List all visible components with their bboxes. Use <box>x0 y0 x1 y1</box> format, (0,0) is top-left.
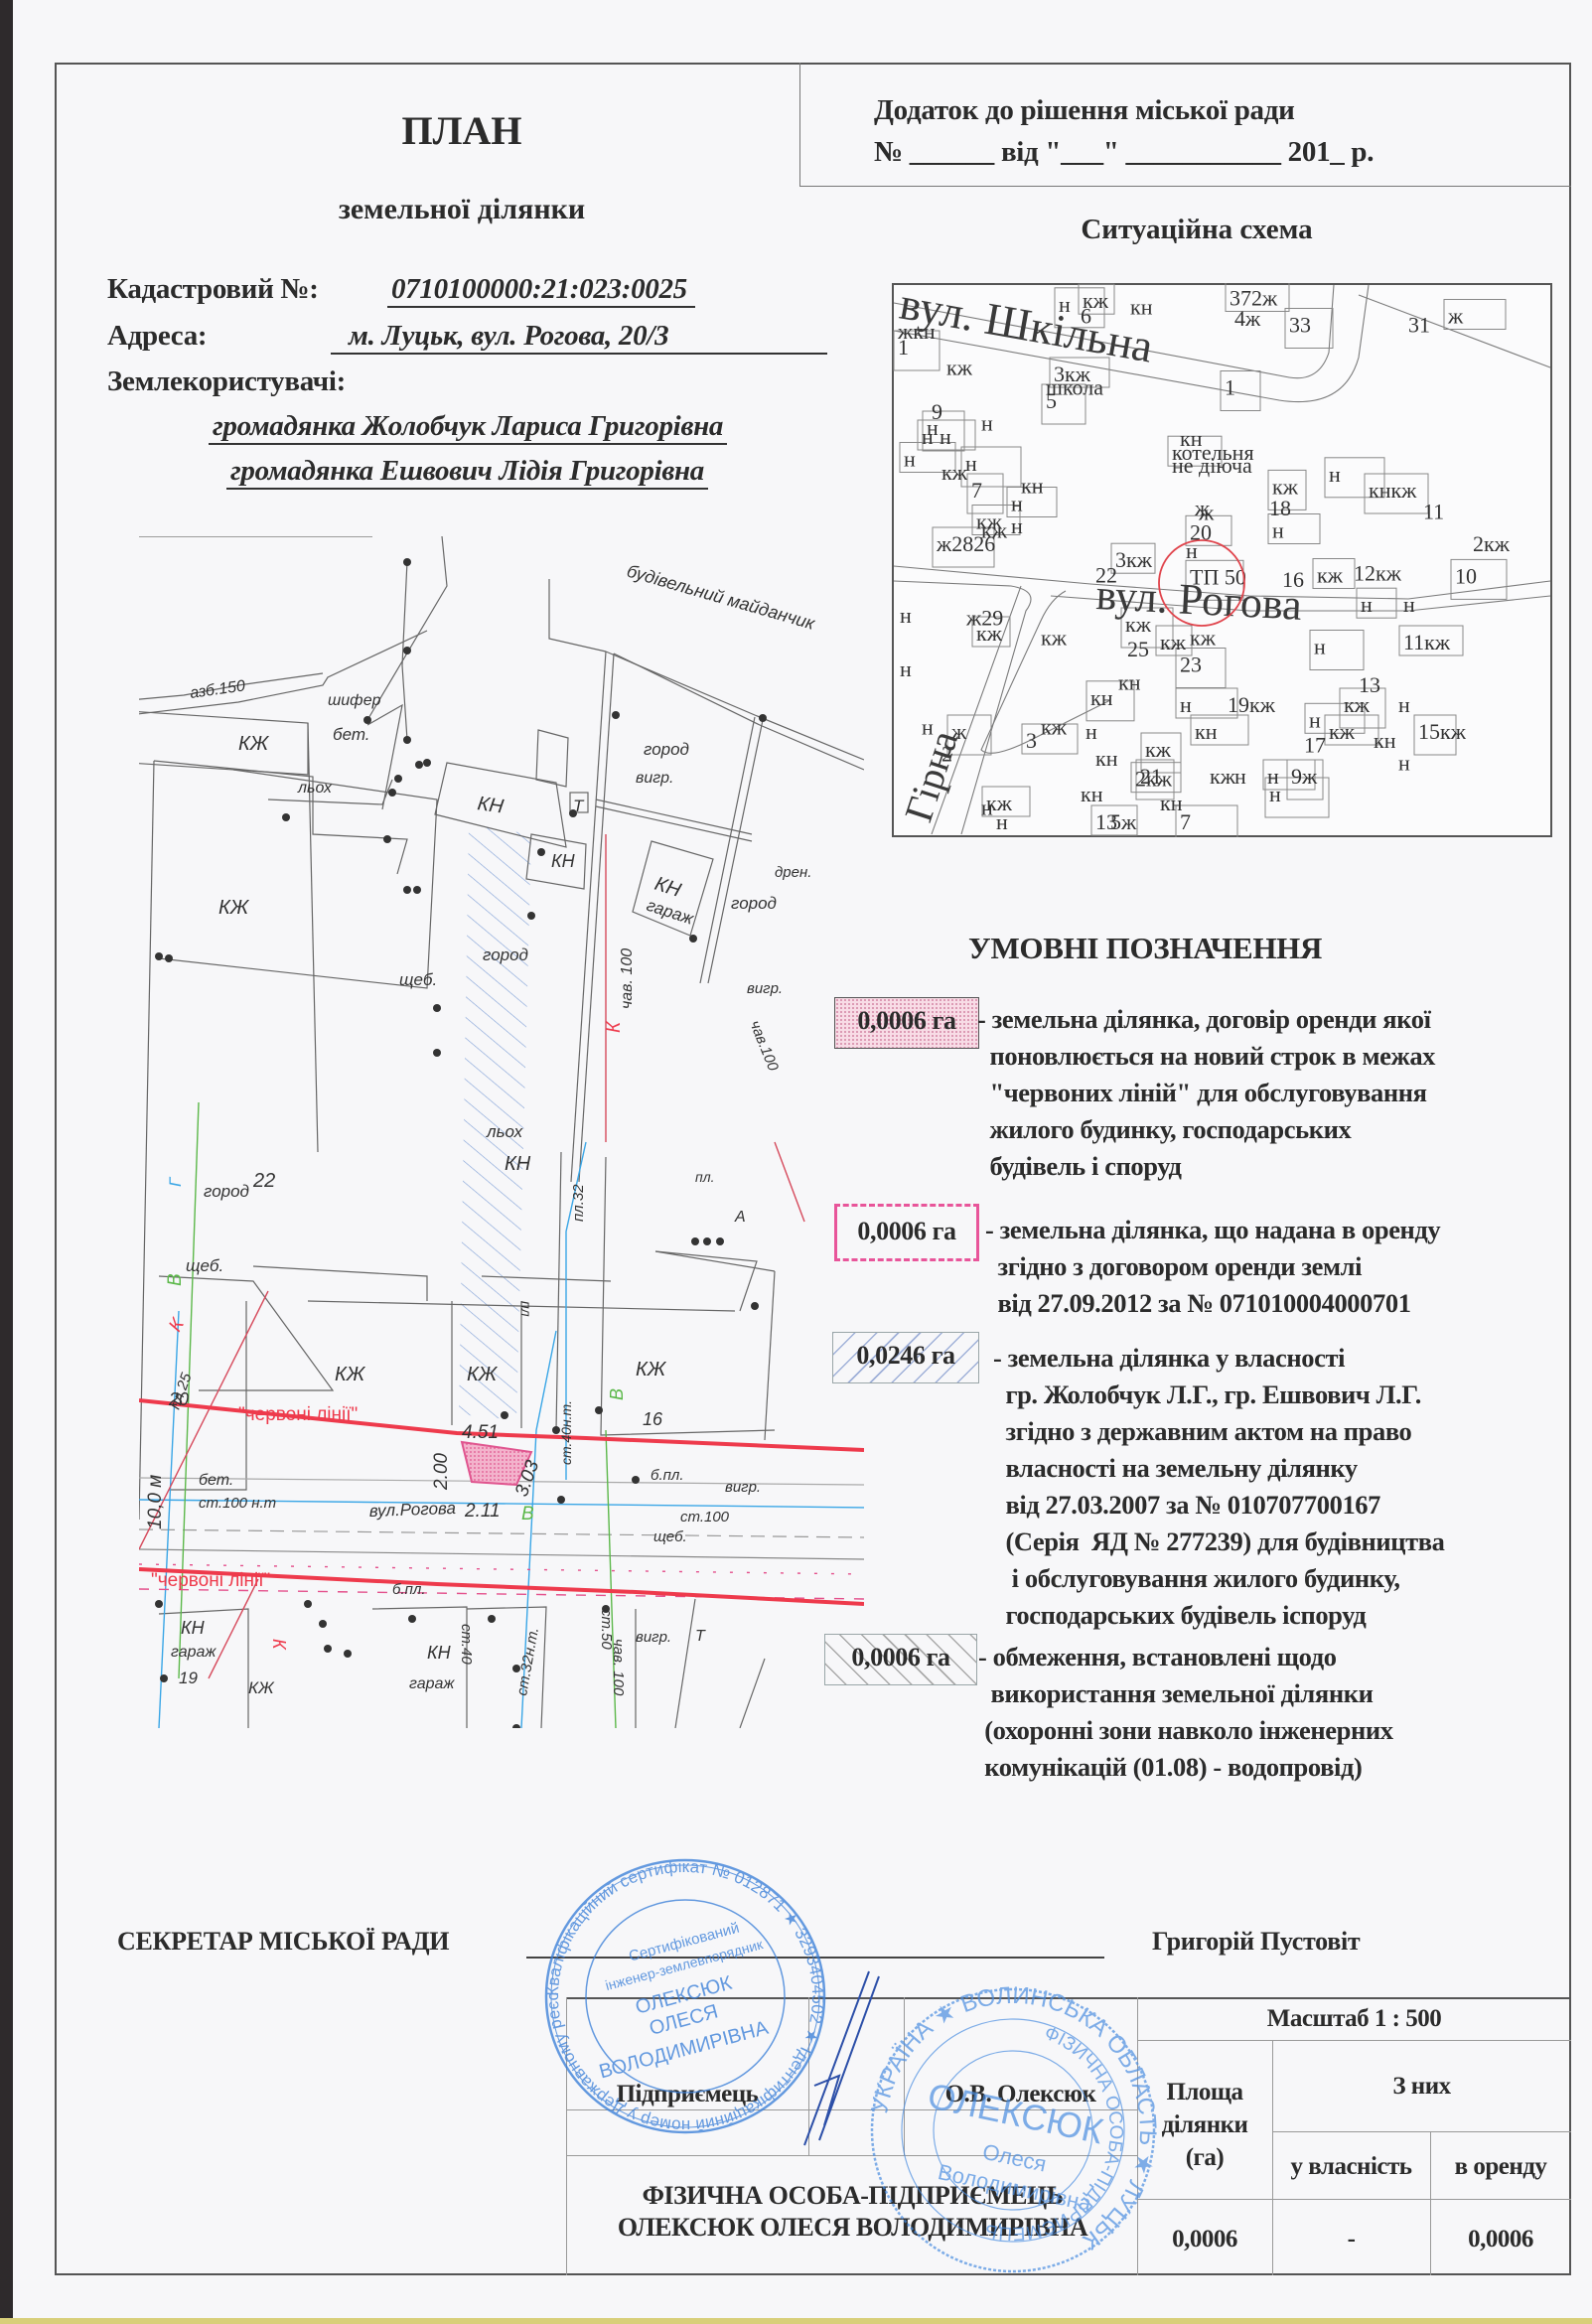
svg-text:КН: КН <box>181 1618 206 1638</box>
scan-edge <box>0 0 13 2324</box>
svg-text:4.51: 4.51 <box>462 1422 499 1443</box>
svg-text:шифер: шифер <box>328 692 381 709</box>
svg-text:25: 25 <box>1127 637 1149 661</box>
svg-text:кн: кн <box>1130 295 1153 320</box>
situation-scheme: кжкнн6372ж4ж3331жжкн1кж3кжшкола5нн9нннкж… <box>892 283 1552 837</box>
svg-text:н: н <box>1403 592 1415 617</box>
svg-text:кж: кж <box>1160 630 1187 654</box>
svg-text:2.11: 2.11 <box>464 1501 501 1522</box>
svg-text:кнкж: кнкж <box>1369 478 1417 503</box>
svg-text:ж2826: ж2826 <box>936 531 995 556</box>
svg-text:н: н <box>1085 719 1097 744</box>
svg-text:КН: КН <box>427 1643 452 1663</box>
svg-text:н: н <box>1011 492 1023 516</box>
svg-text:К: К <box>604 1020 625 1033</box>
svg-text:4ж: 4ж <box>1234 306 1261 331</box>
svg-text:н: н <box>981 411 993 436</box>
svg-text:КН: КН <box>505 1153 531 1175</box>
svg-text:кж: кж <box>1317 563 1344 588</box>
svg-text:кн: кн <box>1374 728 1396 753</box>
svg-text:н: н <box>900 603 912 628</box>
land-users-label: Землекористувачі: <box>107 365 346 398</box>
scan-edge-bottom <box>0 2318 1592 2324</box>
svg-text:н: н <box>1272 518 1284 543</box>
svg-text:пл.: пл. <box>695 1169 715 1185</box>
scale-label: Масштаб 1 : 500 <box>1137 2002 1571 2035</box>
svg-text:н: н <box>904 447 916 472</box>
svg-text:18: 18 <box>1269 496 1291 520</box>
svg-text:19: 19 <box>179 1669 198 1687</box>
ownership-header: у власність <box>1272 2150 1430 2183</box>
svg-text:кн: кн <box>1195 719 1218 744</box>
svg-text:ст.32н.т.: ст.32н.т. <box>513 1626 542 1697</box>
svg-text:В: В <box>165 1273 186 1286</box>
svg-text:чав. 100: чав. 100 <box>610 1639 627 1696</box>
svg-text:н: н <box>1398 751 1410 776</box>
svg-text:пл: пл <box>518 1301 534 1317</box>
svg-text:15кж: 15кж <box>1418 719 1467 744</box>
svg-text:б.пл.: б.пл. <box>651 1467 684 1484</box>
svg-text:Г: Г <box>166 1176 185 1187</box>
svg-text:щеб.: щеб. <box>653 1528 687 1545</box>
svg-text:льох: льох <box>297 780 333 797</box>
svg-text:кж: кж <box>946 356 973 380</box>
svg-text:вигр.: вигр. <box>747 980 783 997</box>
svg-text:н: н <box>1329 462 1341 487</box>
svg-text:Т: Т <box>573 797 585 815</box>
svg-text:вигр.: вигр. <box>725 1479 761 1496</box>
legend-text-leased: - земельна ділянка, що надана в оренду з… <box>985 1212 1440 1322</box>
annex-title: Додаток до рішення міської ради <box>874 94 1295 127</box>
svg-text:ст.100 н.т: ст.100 н.т <box>199 1495 276 1512</box>
svg-text:кж: кж <box>941 460 968 485</box>
svg-text:5ж: 5ж <box>1110 809 1137 834</box>
svg-text:кж: кж <box>1041 715 1068 740</box>
table-divider <box>1272 2131 1571 2132</box>
svg-text:н: н <box>965 451 977 476</box>
svg-text:17: 17 <box>1304 733 1326 758</box>
svg-text:2кж: 2кж <box>1473 531 1511 556</box>
svg-text:н: н <box>940 424 951 449</box>
svg-text:ж: ж <box>1447 304 1464 329</box>
svg-text:щеб.: щеб. <box>399 970 437 989</box>
handwritten-signature <box>785 1966 884 2165</box>
svg-text:10,0 м: 10,0 м <box>145 1475 166 1529</box>
svg-text:н: н <box>1180 692 1192 717</box>
svg-text:В: В <box>521 1504 534 1525</box>
svg-text:Т: Т <box>695 1628 706 1645</box>
svg-text:вигр.: вигр. <box>636 770 673 787</box>
svg-text:К: К <box>269 1639 289 1651</box>
svg-text:"червоні лінії": "червоні лінії" <box>238 1404 358 1425</box>
svg-text:1: 1 <box>898 335 909 360</box>
svg-text:чав. 100: чав. 100 <box>619 948 636 1009</box>
svg-text:31: 31 <box>1408 313 1430 338</box>
svg-text:2кж: 2кж <box>1135 767 1173 792</box>
legend-text-renewed-lease: - земельна ділянка, договір оренди якої … <box>977 1001 1435 1185</box>
legend-text-restrictions: - обмеження, встановлені щодо використан… <box>978 1639 1393 1786</box>
svg-text:щеб.: щеб. <box>186 1256 223 1275</box>
svg-text:В: В <box>607 1388 627 1400</box>
svg-text:б.пл.: б.пл. <box>392 1581 426 1598</box>
svg-text:н: н <box>996 809 1008 834</box>
cadastral-label: Кадастровий №: <box>107 273 319 306</box>
svg-text:"червоні лінії": "червоні лінії" <box>151 1570 270 1591</box>
secretary-label: СЕКРЕТАР МІСЬКОЇ РАДИ <box>117 1927 449 1957</box>
svg-text:19кж: 19кж <box>1228 692 1276 717</box>
svg-text:КЖ: КЖ <box>335 1364 366 1385</box>
svg-text:н: н <box>1398 692 1410 717</box>
svg-text:кж: кж <box>1210 764 1236 789</box>
annex-decision-number: № ______ від "___" ___________ 201_ р. <box>874 136 1374 169</box>
svg-text:КЖ: КЖ <box>636 1359 667 1380</box>
svg-text:ст.100: ст.100 <box>680 1509 730 1525</box>
legend-title: УМОВНІ ПОЗНАЧЕННЯ <box>968 931 1322 966</box>
svg-text:2.00: 2.00 <box>431 1453 452 1491</box>
svg-text:н: н <box>1314 635 1326 659</box>
of-which-header: З них <box>1272 2070 1571 2103</box>
svg-text:город: город <box>731 894 777 913</box>
svg-text:10: 10 <box>1455 563 1477 588</box>
address-value: м. Луцьк, вул. Рогова, 20/3 <box>331 320 827 355</box>
svg-text:кн: кн <box>1090 685 1113 710</box>
svg-text:11: 11 <box>1423 500 1444 524</box>
svg-text:гараж: гараж <box>171 1644 217 1661</box>
svg-text:12кж: 12кж <box>1354 561 1402 586</box>
svg-text:КЖ: КЖ <box>467 1364 499 1385</box>
svg-text:КН: КН <box>551 851 576 871</box>
svg-text:бет.: бет. <box>199 1472 233 1489</box>
svg-text:льох: льох <box>486 1122 523 1141</box>
situation-scheme-title: Ситуаційна схема <box>953 214 1440 246</box>
svg-text:н: н <box>1011 513 1023 538</box>
svg-text:3кж: 3кж <box>1115 547 1153 572</box>
svg-text:33: 33 <box>1289 313 1311 338</box>
svg-text:22: 22 <box>252 1170 275 1192</box>
svg-text:КН: КН <box>476 793 506 818</box>
table-divider <box>1137 2199 1571 2200</box>
svg-text:1: 1 <box>1225 375 1235 400</box>
svg-text:кж: кж <box>1329 719 1356 744</box>
svg-text:н: н <box>1309 707 1321 732</box>
svg-text:9ж: 9ж <box>1291 764 1318 789</box>
svg-text:н: н <box>1234 764 1246 789</box>
svg-text:кн: кн <box>1118 670 1141 695</box>
cadastral-number: 0710100000:21:023:0025 <box>387 273 695 308</box>
svg-text:гараж: гараж <box>645 896 697 929</box>
svg-text:ст.40: ст.40 <box>458 1624 475 1665</box>
legend-text-owned: - земельна ділянка у власності гр. Жолоб… <box>993 1340 1445 1634</box>
svg-text:16: 16 <box>643 1409 663 1429</box>
lease-value: 0,0006 <box>1430 2223 1571 2255</box>
svg-text:пл.32: пл.32 <box>570 1184 587 1222</box>
svg-text:гараж: гараж <box>409 1675 455 1692</box>
svg-text:бет.: бет. <box>333 725 370 744</box>
svg-text:н: н <box>927 415 939 440</box>
svg-text:город: город <box>644 740 689 759</box>
table-divider <box>1137 2040 1571 2041</box>
svg-text:кн: кн <box>1095 746 1118 771</box>
svg-text:чав.100: чав.100 <box>746 1018 782 1074</box>
svg-text:вул.Рогова: вул.Рогова <box>368 1499 456 1521</box>
svg-text:5: 5 <box>1046 388 1057 413</box>
svg-text:кж: кж <box>1344 692 1371 717</box>
svg-text:н: н <box>1361 592 1373 617</box>
svg-text:дрен.: дрен. <box>775 864 811 881</box>
svg-text:7: 7 <box>1180 809 1191 834</box>
svg-text:кн: кн <box>1021 474 1044 499</box>
svg-text:11кж: 11кж <box>1403 630 1451 654</box>
land-user-1: громадянка Жолобчук Лариса Григорівна <box>209 410 727 445</box>
svg-text:К: К <box>165 1314 190 1336</box>
page-title: ПЛАН <box>298 107 626 154</box>
svg-text:н: н <box>1269 782 1281 806</box>
svg-text:КЖ: КЖ <box>248 1678 275 1697</box>
svg-text:кж: кж <box>1190 626 1217 651</box>
svg-text:КЖ: КЖ <box>218 897 250 919</box>
svg-text:город: город <box>204 1182 249 1201</box>
parcel-plan-drawing: будівельний майданчиказб.150шифербет.КЖК… <box>139 536 864 1728</box>
land-user-2: громадянка Ешвович Лідія Григорівна <box>226 455 708 490</box>
svg-text:вигр.: вигр. <box>636 1629 671 1646</box>
svg-text:КЖ: КЖ <box>238 733 270 755</box>
svg-text:ст.40н.т.: ст.40н.т. <box>558 1400 574 1465</box>
page-subtitle: земельної ділянки <box>248 193 675 226</box>
svg-text:кж: кж <box>976 621 1003 646</box>
svg-text:азб.150: азб.150 <box>189 677 246 702</box>
svg-text:23: 23 <box>1180 653 1202 677</box>
svg-text:3: 3 <box>1026 728 1037 753</box>
svg-text:будівельний майданчик: будівельний майданчик <box>625 561 818 635</box>
svg-text:кж: кж <box>1145 737 1172 762</box>
svg-text:город: город <box>483 945 528 964</box>
svg-text:не діюча: не діюча <box>1172 453 1252 478</box>
lease-header: в оренду <box>1430 2150 1571 2183</box>
secretary-name: Григорій Пустовіт <box>1152 1927 1360 1957</box>
svg-text:А: А <box>734 1209 746 1226</box>
svg-text:7: 7 <box>971 478 982 503</box>
svg-text:кн: кн <box>1081 782 1103 806</box>
company-stamp: УКРАЇНА ★ ВОЛИНСЬКА ОБЛАСТЬ ★ ЛУЦЬК ФІЗИ… <box>864 1981 1162 2279</box>
ownership-value: - <box>1272 2223 1430 2255</box>
svg-text:кж: кж <box>1041 626 1068 651</box>
svg-text:н: н <box>900 656 912 681</box>
address-label: Адреса: <box>107 320 207 353</box>
